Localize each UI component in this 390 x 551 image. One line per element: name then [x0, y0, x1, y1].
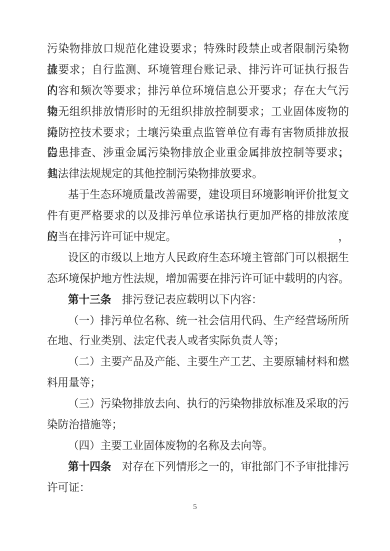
text-line: 放要求；自行监测、环境管理台账记录、排污许可证执行报告的: [47, 60, 349, 81]
article-number: 第十四条: [68, 461, 111, 473]
text-segment: （三）污染物排放去向、执行的污染物排放标准及采取的污: [68, 398, 349, 410]
text-segment: （二）主要产品及产能、主要生产工艺、主要原辅材料和燃: [68, 356, 349, 368]
text-segment: 对存在下列情形之一的，审批部门不予审批排污: [111, 461, 349, 473]
text-line: 设区的市级以上地方人民政府生态环境主管部门可以根据生: [47, 248, 349, 269]
text-segment: 排污登记表应载明以下内容：: [111, 294, 262, 306]
text-line: 许可证：: [47, 478, 349, 499]
text-line: （三）污染物排放去向、执行的污染物排放标准及采取的污: [47, 394, 349, 415]
text-line: 隐患排查、涉重金属污染物排放企业重金属排放控制等要求；其: [47, 143, 349, 164]
text-line: （二）主要产品及产能、主要生产工艺、主要原辅材料和燃: [47, 352, 349, 373]
text-segment: 设区的市级以上地方人民政府生态环境主管部门可以根据生: [68, 252, 349, 264]
text-segment: （四）主要工业固体废物的名称及去向等。: [68, 440, 273, 452]
document-body: 污染物排放口规范化建设要求；特殊时段禁止或者限制污染物排放要求；自行监测、环境管…: [47, 39, 349, 499]
text-line: 基于生态环境质量改善需要，建设项目环境影响评价批复文: [47, 185, 349, 206]
text-line: 物无组织排放情形时的无组织排放控制要求；工业固体废物的污: [47, 102, 349, 123]
text-line: 染防治措施等；: [47, 415, 349, 436]
text-line: （一）排污单位名称、统一社会信用代码、生产经营场所所: [47, 311, 349, 332]
text-segment: 基于生态环境质量改善需要，建设项目环境影响评价批复文: [68, 189, 349, 201]
text-line: 件有更严格要求的以及排污单位承诺执行更加严格的排放浓度的，: [47, 206, 349, 227]
text-line: 他法律法规规定的其他控制污染物排放要求。: [47, 164, 349, 185]
text-segment: 染防治措施等；: [47, 419, 123, 431]
text-segment: 在地、行业类别、法定代表人或者实际负责人等；: [47, 335, 285, 347]
document-page: 污染物排放口规范化建设要求；特殊时段禁止或者限制污染物排放要求；自行监测、环境管…: [0, 0, 390, 551]
page-number: 5: [0, 502, 390, 511]
text-segment: 应当在排污许可证中规定。: [47, 231, 177, 243]
text-line: 在地、行业类别、法定代表人或者实际负责人等；: [47, 331, 349, 352]
text-segment: （一）排污单位名称、统一社会信用代码、生产经营场所所: [68, 315, 349, 327]
text-line: 态环境保护地方性法规，增加需要在排污许可证中载明的内容。: [47, 269, 349, 290]
text-line: 内容和频次等要求；排污单位环境信息公开要求；存在大气污染: [47, 81, 349, 102]
text-segment: 料用量等；: [47, 377, 101, 389]
text-segment: 他法律法规规定的其他控制污染物排放要求。: [47, 168, 263, 180]
text-line: （四）主要工业固体废物的名称及去向等。: [47, 436, 349, 457]
text-line: 染防控技术要求；土壤污染重点监管单位有毒有害物质排放报告、: [47, 123, 349, 144]
article-number: 第十三条: [68, 294, 111, 306]
text-line: 第十四条 对存在下列情形之一的，审批部门不予审批排污: [47, 457, 349, 478]
text-line: 污染物排放口规范化建设要求；特殊时段禁止或者限制污染物排: [47, 39, 349, 60]
text-segment: 态环境保护地方性法规，增加需要在排污许可证中载明的内容。: [47, 273, 349, 285]
text-line: 第十三条 排污登记表应载明以下内容：: [47, 290, 349, 311]
text-line: 料用量等；: [47, 373, 349, 394]
text-segment: 许可证：: [47, 482, 90, 494]
